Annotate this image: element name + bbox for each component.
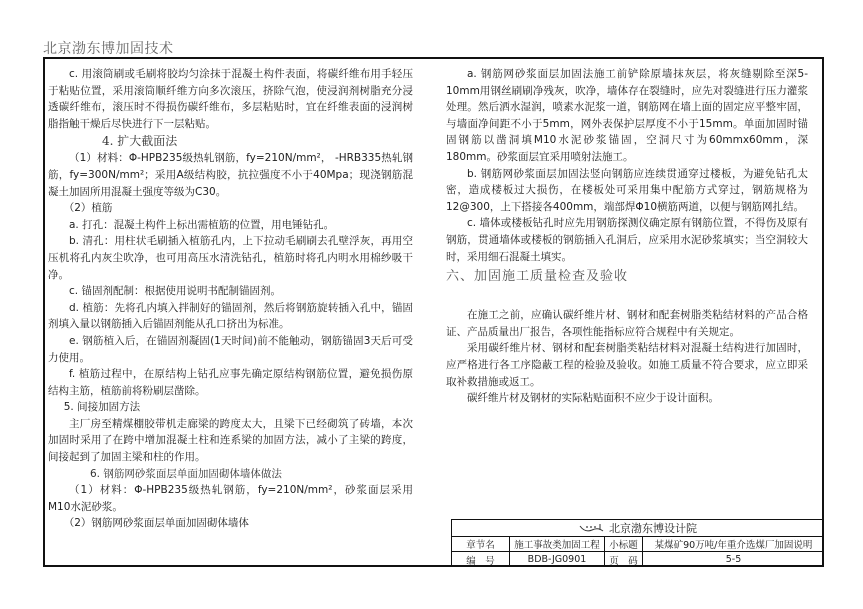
subsection-heading: （2）植筋 [48, 200, 413, 217]
chapter-label: 章节名 [452, 537, 510, 551]
paragraph: f. 植筋过程中，在原结构上钻孔应事先确定原结构钢筋位置，避免损伤原结构主筋，植… [48, 366, 413, 399]
page-value: 5-5 [643, 552, 824, 567]
paragraph: c. 墙体或楼板钻孔时应先用钢筋探测仪确定原有钢筋位置，不得伤及原有钢筋，贯通墙… [446, 215, 808, 265]
subsection-heading: 5. 间接加固方法 [48, 399, 413, 416]
number-value: BDB-JG0901 [510, 552, 605, 567]
right-text-column: a. 钢筋网砂浆面层加固法施工前铲除原墙抹灰层，将灰缝剔除至深5-10mm用钢丝… [446, 66, 808, 407]
title-block-row-number: 编 号 BDB-JG0901 页 码 5-5 [452, 552, 824, 567]
document-header-title: 北京渤东博加固技术 [43, 38, 174, 58]
title-block-row-chapter: 章节名 施工事故类加固工程 小标题 某煤矿90万吨/年重介选煤厂加固说明 [452, 537, 824, 552]
subsection-heading: （2）钢筋网砂浆面层单面加固砌体墙体 [48, 515, 413, 532]
company-name: 北京渤东博设计院 [609, 520, 697, 536]
paragraph: 主厂房至精煤棚胶带机走廊梁的跨度太大，且梁下已经砌筑了砖墙，本次加固时采用了在跨… [48, 416, 413, 466]
title-block: 北京渤东博设计院 章节名 施工事故类加固工程 小标题 某煤矿90万吨/年重介选煤… [451, 519, 824, 567]
spacer [446, 295, 808, 307]
subtitle-label: 小标题 [605, 537, 643, 551]
paragraph: c. 用滚筒刷或毛刷将胶均匀涂抹于混凝土构件表面，将碳纤维布用手轻压于粘贴位置，… [48, 66, 413, 132]
paragraph: b. 钢筋网砂浆面层加固法竖向钢筋应连续贯通穿过楼板，为避免钻孔太密，造成楼板过… [446, 166, 808, 216]
paragraph: （1）材料：Φ-HPB235级热轧钢筋，fy=210N/mm²， -HRB335… [48, 150, 413, 200]
page-label: 页 码 [605, 552, 643, 567]
paragraph: 碳纤维片材及钢材的实际粘贴面积不应少于设计面积。 [446, 390, 808, 407]
paragraph: a. 打孔：混凝土构件上标出需植筋的位置，用电锤钻孔。 [48, 217, 413, 234]
company-logo-icon [579, 523, 605, 533]
chapter-value: 施工事故类加固工程 [510, 537, 605, 551]
paragraph: e. 钢筋植入后，在锚固剂凝固(1天时间)前不能触动，钢筋锚固3天后可受力使用。 [48, 333, 413, 366]
number-label: 编 号 [452, 552, 510, 567]
subsection-heading: 6. 钢筋网砂浆面层单面加固砌体墙体做法 [48, 466, 413, 483]
left-text-column: c. 用滚筒刷或毛刷将胶均匀涂抹于混凝土构件表面，将碳纤维布用手轻压于粘贴位置，… [48, 66, 413, 532]
chapter-heading: 六、加固施工质量检查及验收 [446, 267, 808, 287]
paragraph: 采用碳纤维片材、钢材和配套树脂类粘结材料对混凝土结构进行加固时，应严格进行各工序… [446, 340, 808, 390]
paragraph: a. 钢筋网砂浆面层加固法施工前铲除原墙抹灰层，将灰缝剔除至深5-10mm用钢丝… [446, 66, 808, 166]
title-block-company: 北京渤东博设计院 [452, 520, 824, 537]
paragraph: b. 清孔：用柱状毛刷插入植筋孔内，上下拉动毛刷刷去孔壁浮灰，再用空压机将孔内灰… [48, 233, 413, 283]
section-heading: 4. 扩大截面法 [48, 132, 413, 150]
paragraph: d. 植筋：先将孔内填入拌制好的锚固剂，然后将钢筋旋转插入孔中，锚固剂填入量以钢… [48, 300, 413, 333]
paragraph: （1）材料：Φ-HPB235级热轧钢筋，fy=210N/mm²，砂浆面层采用M1… [48, 482, 413, 515]
paragraph: c. 锚固剂配制：根据使用说明书配制锚固剂。 [48, 283, 413, 300]
paragraph: 在施工之前，应确认碳纤维片材、钢材和配套树脂类粘结材料的产品合格证、产品质量出厂… [446, 307, 808, 340]
subtitle-value: 某煤矿90万吨/年重介选煤厂加固说明 [643, 537, 824, 551]
